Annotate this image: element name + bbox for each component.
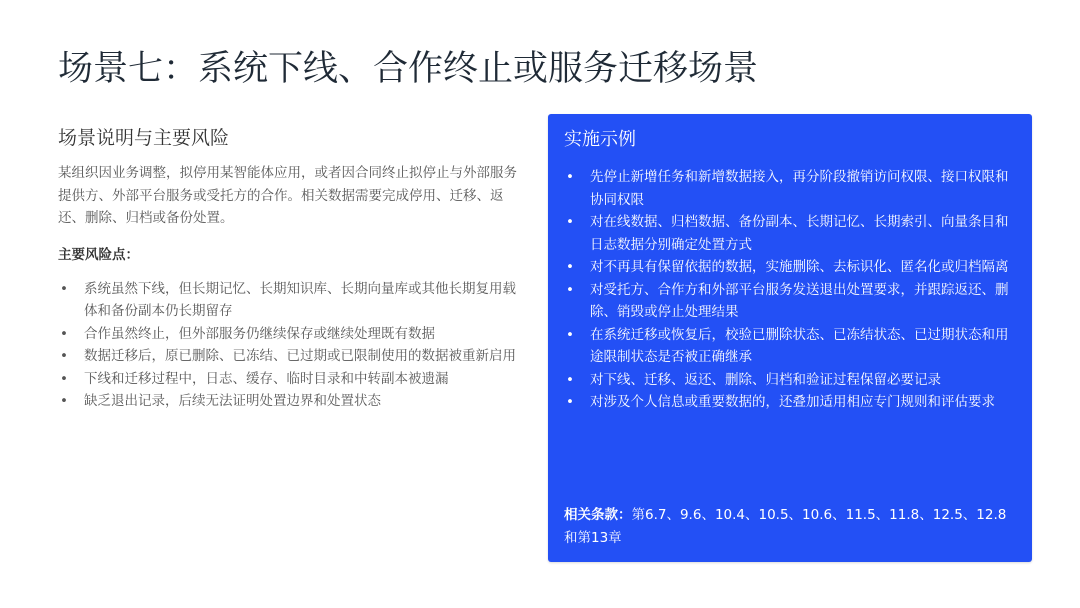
implementation-item: •先停止新增任务和新增数据接入，再分阶段撤销访问权限、接口权限和协同权限 (564, 166, 1016, 211)
risk-text: 缺乏退出记录，后续无法证明处置边界和处置状态 (84, 393, 381, 409)
risk-text: 数据迁移后，原已删除、已冻结、已过期或已限制使用的数据被重新启用 (84, 348, 516, 364)
risk-item: •缺乏退出记录，后续无法证明处置边界和处置状态 (58, 390, 528, 413)
implementation-text: 对在线数据、归档数据、备份副本、长期记忆、长期索引、向量条目和日志数据分别确定处… (590, 214, 1009, 253)
implementation-text: 先停止新增任务和新增数据接入，再分阶段撤销访问权限、接口权限和协同权限 (590, 169, 1009, 208)
risk-list: •系统虽然下线，但长期记忆、长期知识库、长期向量库或其他长期复用载体和备份副本仍… (58, 278, 528, 413)
risk-item: •下线和迁移过程中，日志、缓存、临时目录和中转副本被遗漏 (58, 368, 528, 391)
risk-text: 合作虽然终止，但外部服务仍继续保存或继续处理既有数据 (84, 326, 435, 342)
scenario-description: 某组织因业务调整，拟停用某智能体应用，或者因合同终止拟停止与外部服务提供方、外部… (58, 162, 528, 230)
bullet-icon: • (566, 324, 574, 347)
implementation-item: •对下线、迁移、返还、删除、归档和验证过程保留必要记录 (564, 369, 1016, 392)
section-title: 场景说明与主要风险 (58, 124, 528, 152)
implementation-item: •在系统迁移或恢复后，校验已删除状态、已冻结状态、已过期状态和用途限制状态是否被… (564, 324, 1016, 369)
implementation-item: •对受托方、合作方和外部平台服务发送退出处置要求，并跟踪返还、删除、销毁或停止处… (564, 279, 1016, 324)
bullet-icon: • (566, 211, 574, 234)
bullet-icon: • (566, 166, 574, 189)
related-clauses: 相关条款：第6.7、9.6、10.4、10.5、10.6、11.5、11.8、1… (564, 504, 1014, 549)
implementation-text: 对涉及个人信息或重要数据的，还叠加适用相应专门规则和评估要求 (590, 394, 995, 410)
bullet-icon: • (60, 345, 68, 368)
bullet-icon: • (566, 256, 574, 279)
implementation-example-panel: 实施示例 •先停止新增任务和新增数据接入，再分阶段撤销访问权限、接口权限和协同权… (548, 114, 1032, 562)
risk-item: •数据迁移后，原已删除、已冻结、已过期或已限制使用的数据被重新启用 (58, 345, 528, 368)
bullet-icon: • (566, 279, 574, 302)
implementation-item: •对在线数据、归档数据、备份副本、长期记忆、长期索引、向量条目和日志数据分别确定… (564, 211, 1016, 256)
bullet-icon: • (60, 323, 68, 346)
panel-title: 实施示例 (564, 126, 636, 154)
risk-item: •系统虽然下线，但长期记忆、长期知识库、长期向量库或其他长期复用载体和备份副本仍… (58, 278, 528, 323)
bullet-icon: • (60, 278, 68, 301)
scenario-description-section: 场景说明与主要风险 某组织因业务调整，拟停用某智能体应用，或者因合同终止拟停止与… (58, 124, 528, 413)
bullet-icon: • (566, 369, 574, 392)
risk-text: 系统虽然下线，但长期记忆、长期知识库、长期向量库或其他长期复用载体和备份副本仍长… (84, 281, 516, 320)
implementation-item: •对涉及个人信息或重要数据的，还叠加适用相应专门规则和评估要求 (564, 391, 1016, 414)
implementation-item: •对不再具有保留依据的数据，实施删除、去标识化、匿名化或归档隔离 (564, 256, 1016, 279)
clauses-label: 相关条款： (564, 507, 632, 523)
bullet-icon: • (60, 390, 68, 413)
implementation-text: 对下线、迁移、返还、删除、归档和验证过程保留必要记录 (590, 372, 941, 388)
implementation-list: •先停止新增任务和新增数据接入，再分阶段撤销访问权限、接口权限和协同权限 •对在… (564, 166, 1016, 414)
implementation-text: 对受托方、合作方和外部平台服务发送退出处置要求，并跟踪返还、删除、销毁或停止处理… (590, 282, 1009, 321)
implementation-text: 在系统迁移或恢复后，校验已删除状态、已冻结状态、已过期状态和用途限制状态是否被正… (590, 327, 1009, 366)
risk-title: 主要风险点： (58, 244, 528, 266)
slide-title: 场景七：系统下线、合作终止或服务迁移场景 (58, 44, 758, 94)
risk-text: 下线和迁移过程中，日志、缓存、临时目录和中转副本被遗漏 (84, 371, 449, 387)
implementation-text: 对不再具有保留依据的数据，实施删除、去标识化、匿名化或归档隔离 (590, 259, 1009, 275)
bullet-icon: • (566, 391, 574, 414)
bullet-icon: • (60, 368, 68, 391)
risk-item: •合作虽然终止，但外部服务仍继续保存或继续处理既有数据 (58, 323, 528, 346)
